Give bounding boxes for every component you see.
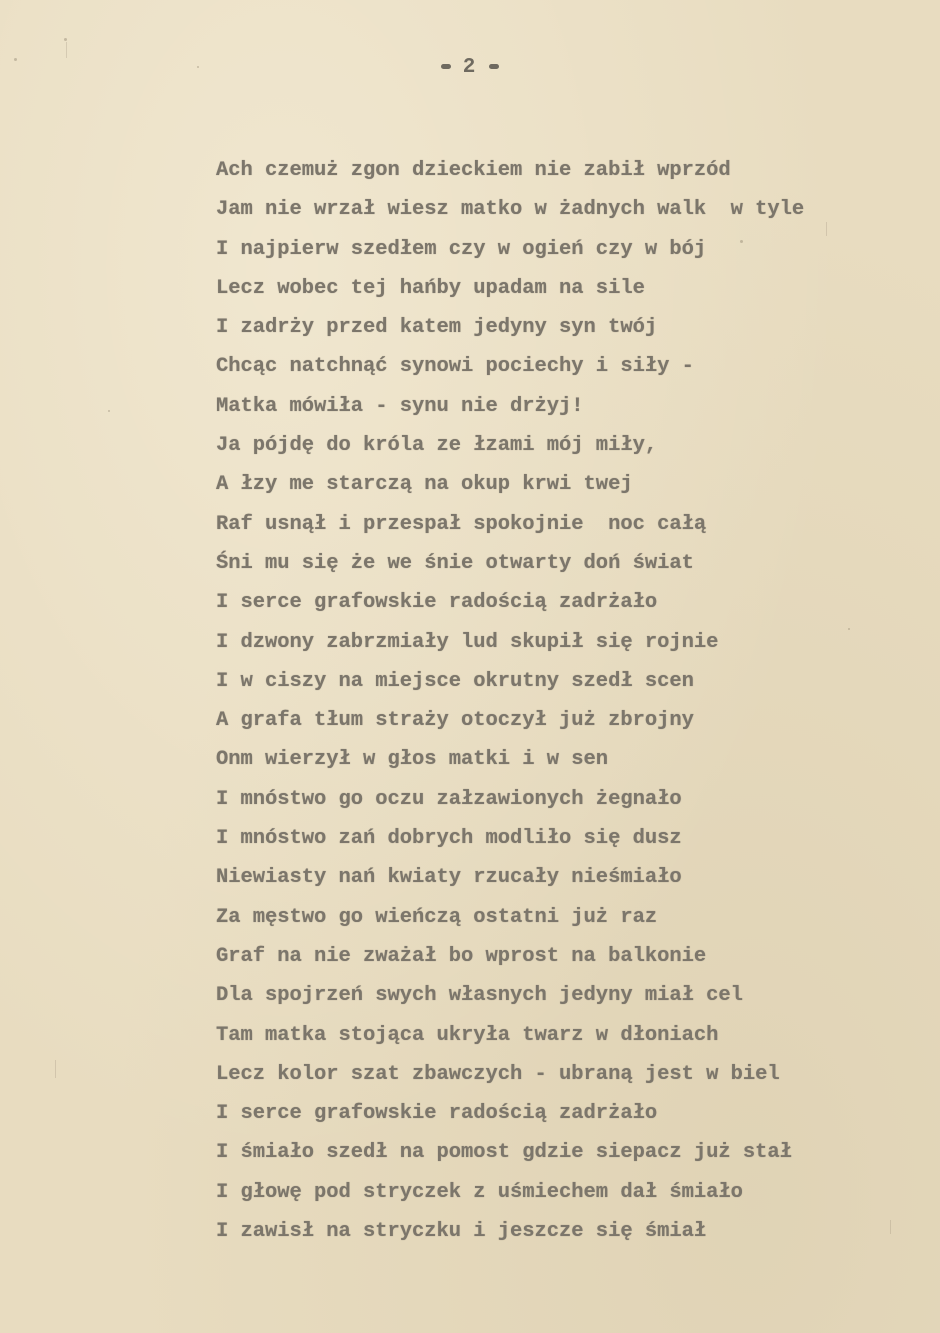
poem-line: Raf usnął i przespał spokojnie noc całą: [216, 510, 804, 549]
poem-line: Graf na nie zważał bo wprost na balkonie: [216, 942, 804, 981]
poem-line: A grafa tłum straży otoczył już zbrojny: [216, 706, 804, 745]
page-number-value: 2: [463, 56, 478, 79]
poem-line: Za męstwo go wieńczą ostatni już raz: [216, 903, 804, 942]
poem-line: I dzwony zabrzmiały lud skupił się rojni…: [216, 628, 804, 667]
poem-line: I zawisł na stryczku i jeszcze się śmiał: [216, 1217, 804, 1256]
poem-line: Tam matka stojąca ukryła twarz w dłoniac…: [216, 1021, 804, 1060]
page-number: 2: [0, 56, 940, 79]
poem-line: Ach czemuż zgon dzieckiem nie zabił wprz…: [216, 156, 804, 195]
paper-fiber: [890, 1220, 891, 1234]
poem-line: Ja pójdę do króla ze łzami mój miły,: [216, 431, 804, 470]
poem-line: Matka mówiła - synu nie drżyj!: [216, 392, 804, 431]
paper-fiber: [826, 222, 827, 236]
poem-line: I mnóstwo zań dobrych modliło się dusz: [216, 824, 804, 863]
paper-speck: [848, 628, 850, 630]
paper-speck: [64, 38, 67, 41]
poem-line: I śmiało szedł na pomost gdzie siepacz j…: [216, 1138, 804, 1177]
poem-text: Ach czemuż zgon dzieckiem nie zabił wprz…: [216, 156, 804, 1256]
poem-line: Śni mu się że we śnie otwarty doń świat: [216, 549, 804, 588]
poem-line: Chcąc natchnąć synowi pociechy i siły -: [216, 352, 804, 391]
poem-line: Niewiasty nań kwiaty rzucały nieśmiało: [216, 863, 804, 902]
poem-line: Onm wierzył w głos matki i w sen: [216, 745, 804, 784]
poem-line: I w ciszy na miejsce okrutny szedł scen: [216, 667, 804, 706]
paper-speck: [108, 410, 110, 412]
poem-line: I serce grafowskie radością zadrżało: [216, 588, 804, 627]
poem-line: I najpierw szedłem czy w ogień czy w bój: [216, 235, 804, 274]
poem-line: A łzy me starczą na okup krwi twej: [216, 470, 804, 509]
poem-line: Lecz wobec tej hańby upadam na sile: [216, 274, 804, 313]
poem-line: I zadrży przed katem jedyny syn twój: [216, 313, 804, 352]
poem-line: Lecz kolor szat zbawczych - ubraną jest …: [216, 1060, 804, 1099]
poem-line: Jam nie wrzał wiesz matko w żadnych walk…: [216, 195, 804, 234]
poem-line: Dla spojrzeń swych własnych jedyny miał …: [216, 981, 804, 1020]
paper-fiber: [55, 1060, 56, 1078]
poem-line: I mnóstwo go oczu załzawionych żegnało: [216, 785, 804, 824]
dash-right: [489, 64, 499, 69]
dash-left: [441, 64, 451, 69]
poem-line: I serce grafowskie radością zadrżało: [216, 1099, 804, 1138]
poem-line: I głowę pod stryczek z uśmiechem dał śmi…: [216, 1178, 804, 1217]
